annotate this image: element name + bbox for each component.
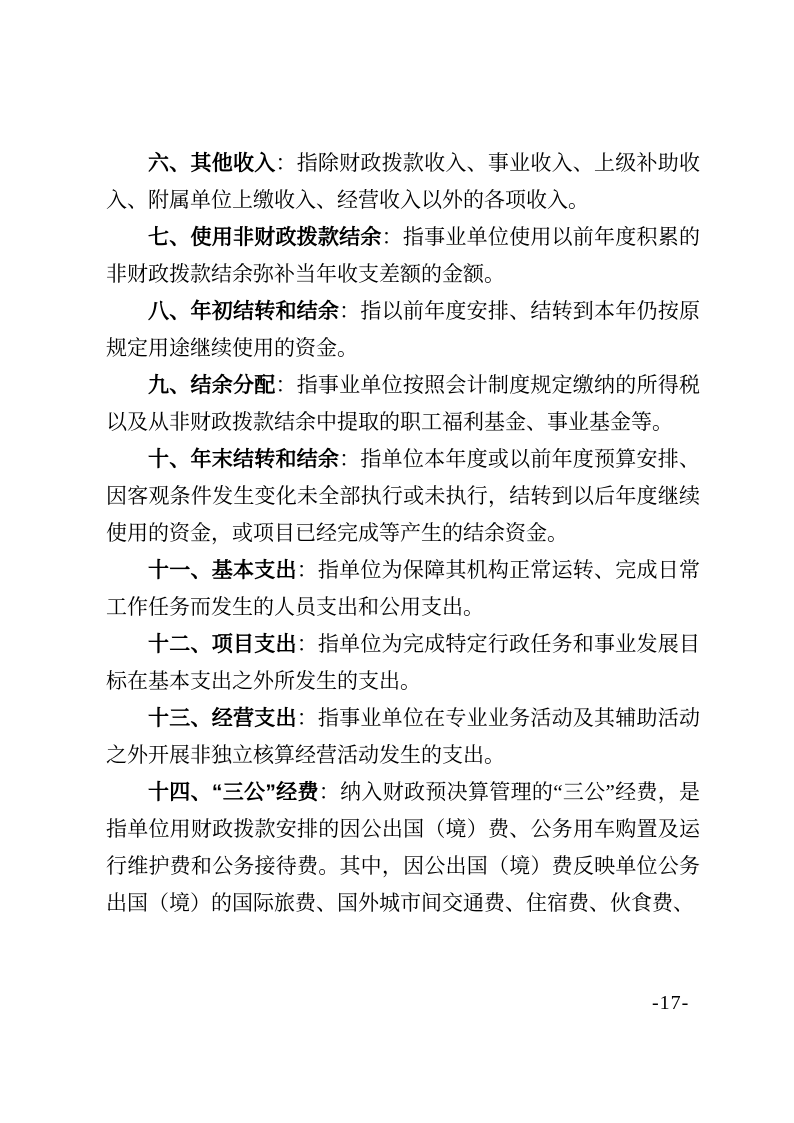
definition-paragraph-10: 十、年末结转和结余：指单位本年度或以前年度预算安排、因客观条件发生变化未全部执行…	[106, 441, 700, 552]
term-label: 十一、基本支出	[148, 559, 297, 582]
definition-paragraph-9: 九、结余分配：指事业单位按照会计制度规定缴纳的所得税以及从非财政拨款结余中提取的…	[106, 367, 700, 441]
definition-paragraph-14: 十四、“三公”经费：纳入财政预决算管理的“三公”经费，是指单位用财政拨款安排的因…	[106, 774, 700, 922]
definition-paragraph-13: 十三、经营支出：指事业单位在专业业务活动及其辅助活动之外开展非独立核算经营活动发…	[106, 700, 700, 774]
page-number: -17-	[652, 991, 742, 1015]
definition-paragraph-8: 八、年初结转和结余：指以前年度安排、结转到本年仍按原规定用途继续使用的资金。	[106, 293, 700, 367]
term-label: 十二、项目支出	[148, 633, 297, 656]
term-label: 十三、经营支出	[148, 707, 297, 730]
definition-paragraph-12: 十二、项目支出：指单位为完成特定行政任务和事业发展目标在基本支出之外所发生的支出…	[106, 626, 700, 700]
term-label: 九、结余分配	[148, 374, 275, 397]
term-label: 十、年末结转和结余	[148, 448, 339, 471]
definition-paragraph-11: 十一、基本支出：指单位为保障其机构正常运转、完成日常工作任务而发生的人员支出和公…	[106, 552, 700, 626]
definition-paragraph-6: 六、其他收入：指除财政拨款收入、事业收入、上级补助收入、附属单位上缴收入、经营收…	[106, 145, 700, 219]
term-label: 六、其他收入	[148, 152, 275, 175]
definition-paragraph-7: 七、使用非财政拨款结余：指事业单位使用以前年度积累的非财政拨款结余弥补当年收支差…	[106, 219, 700, 293]
document-page: 六、其他收入：指除财政拨款收入、事业收入、上级补助收入、附属单位上缴收入、经营收…	[0, 0, 794, 1123]
term-label: 八、年初结转和结余	[148, 300, 339, 323]
document-body: 六、其他收入：指除财政拨款收入、事业收入、上级补助收入、附属单位上缴收入、经营收…	[106, 145, 700, 922]
term-label: 十四、“三公”经费	[148, 781, 319, 804]
term-label: 七、使用非财政拨款结余	[148, 226, 382, 249]
